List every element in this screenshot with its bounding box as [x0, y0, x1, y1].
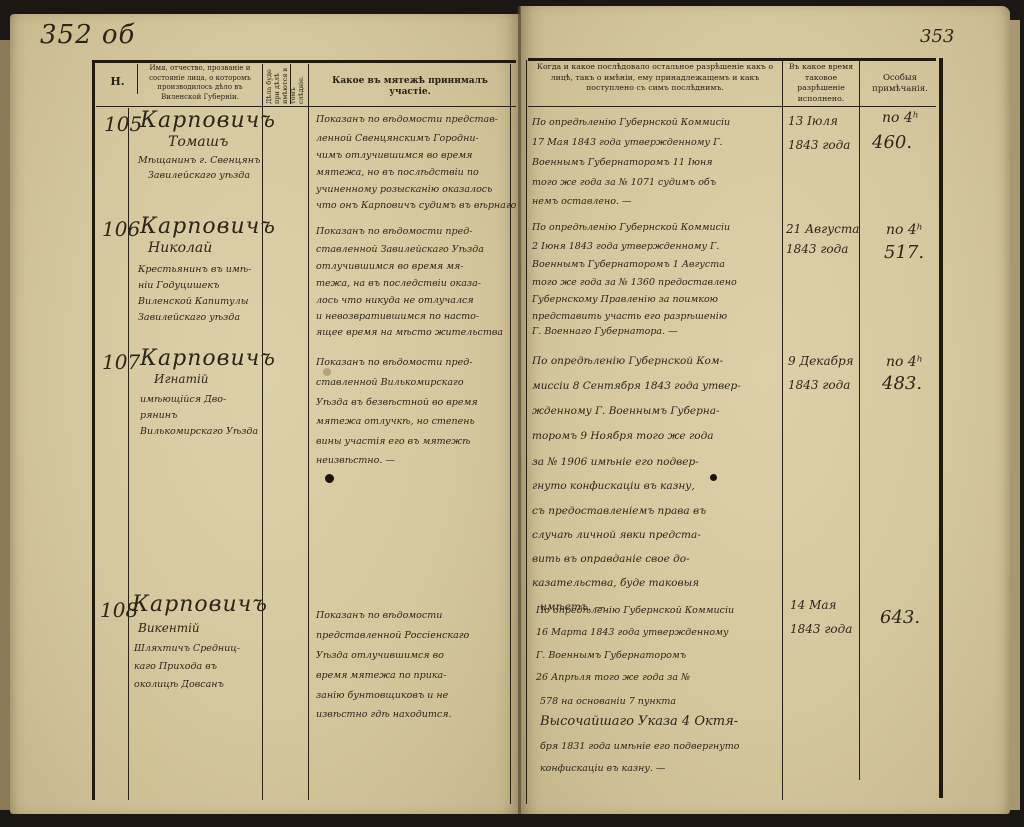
participation-line: Показанъ по вѣдомости представ- — [316, 114, 498, 125]
entry-status-line: Вилькомирскаго Уѣзда — [140, 426, 258, 437]
col-divider-time — [782, 60, 783, 800]
participation-line: и невозвратившимся по насто- — [316, 311, 479, 322]
col-divider-number — [137, 64, 138, 94]
entry-status-line: Мѣщанинъ г. Свенцянъ — [138, 155, 260, 166]
resolution-line: съ предоставленіемъ права въ — [532, 505, 706, 517]
entry-number: 106 — [102, 217, 140, 241]
header-notes: Особыя примѣчанія. — [862, 73, 938, 95]
resolution-line: По опредѣленію Губернской Коммисіи — [536, 605, 734, 616]
note-number: 460. — [872, 132, 912, 153]
resolution-line: По опредѣленію Губернской Ком- — [532, 355, 723, 367]
resolution-line: Военнымъ Губернаторомъ 11 Іюня — [532, 157, 713, 168]
resolution-line: казательства, буде таковыя — [532, 577, 699, 589]
col-divider-name — [128, 108, 129, 800]
col-divider-resolution-left — [526, 60, 527, 804]
participation-line: ставленной Вилькомирскаго — [316, 377, 464, 388]
participation-line: Уѣзда въ безвѣстной во время — [316, 397, 478, 408]
entry-status-line: Завилейскаго уѣзда — [138, 312, 240, 323]
note-reference: по 4ʰ — [886, 222, 923, 238]
entry-surname: Карповичъ — [140, 214, 276, 239]
book-gutter — [518, 6, 521, 814]
header-participation: Какое въ мятежѣ принималъ участіе. — [312, 76, 508, 98]
entry-surname: Карповичъ — [140, 346, 276, 371]
resolution-line: бря 1831 года имѣніе его подвергнуто — [540, 741, 739, 752]
execution-year: 1843 года — [790, 622, 852, 636]
resolution-line: того же года за № 1071 судимъ объ — [532, 177, 716, 188]
entry-status-line: Крестьянинъ въ имѣ- — [138, 264, 251, 275]
resolution-line: Военнымъ Губернаторомъ 1 Августа — [532, 259, 725, 270]
entry-status-line: имѣющійся Дво- — [140, 394, 226, 405]
participation-line: извѣстно гдѣ находится. — [316, 709, 452, 720]
resolution-line: По опредѣленію Губернской Коммисіи — [532, 222, 730, 233]
document-spread: 352 об 353 Н. Имя, отчество, прозваніе и… — [0, 0, 1024, 827]
entry-given-name: Николай — [148, 240, 212, 256]
execution-date: 13 Іюля — [788, 114, 838, 128]
resolution-line: 17 Мая 1843 года утвержденному Г. — [532, 137, 722, 148]
table-top-rule-right — [528, 58, 936, 61]
participation-line: Показанъ по вѣдомости пред- — [316, 226, 472, 237]
note-number: 483. — [882, 373, 922, 394]
participation-line: ставленной Завилейскаго Уѣзда — [316, 244, 484, 255]
resolution-line: вить въ оправданіе свое до- — [532, 553, 690, 565]
entry-status-line: околицѣ Довсанъ — [134, 679, 224, 690]
resolution-line: 26 Апрѣля того же года за № — [536, 672, 690, 683]
participation-line: Показанъ по вѣдомости — [316, 610, 442, 621]
entry-number: 105 — [104, 112, 142, 136]
participation-line: неизвѣстно. — — [316, 455, 395, 466]
note-reference: по 4ʰ — [886, 354, 923, 370]
entry-status-line: Виленской Капитулы — [138, 296, 248, 307]
entry-status-line: ніи Годуцишекъ — [138, 280, 219, 291]
resolution-line: немъ оставлено. — — [532, 196, 632, 207]
resolution-line: гнуто конфискаціи въ казну, — [532, 480, 695, 492]
resolution-line: Губернскому Правленію за поимкою — [532, 294, 718, 305]
resolution-line: Высочайшаго Указа 4 Октя- — [540, 714, 738, 729]
entry-surname: Карповичъ — [132, 592, 268, 617]
participation-line: ленной Свенцянскимъ Городни- — [316, 133, 479, 144]
execution-year: 1843 года — [786, 242, 848, 256]
entry-status-line: каго Прихода въ — [134, 661, 217, 672]
header-bottom-rule-left — [96, 106, 516, 107]
header-vertical-case: Дѣла буде при дѣлѣ имѣются в томъ слѣдні… — [265, 64, 305, 104]
table-left-border — [92, 60, 95, 800]
resolution-line: 2 Іюня 1843 года утвержденному Г. — [532, 241, 719, 252]
entry-status-line: рянинъ — [140, 410, 177, 421]
folio-number-right: 353 — [920, 26, 954, 47]
participation-line: занію бунтовщиковъ и не — [316, 690, 448, 701]
participation-line: чимъ отлучившимся во время — [316, 150, 472, 161]
execution-year: 1843 года — [788, 138, 850, 152]
entry-status-line: Шляхтичъ Средниц- — [134, 643, 240, 654]
resolution-line: торомъ 9 Ноября того же года — [532, 430, 714, 442]
entry-surname: Карповичъ — [140, 108, 276, 133]
resolution-line: Г. Военнымъ Губернаторомъ — [536, 650, 686, 661]
note-number: 643. — [880, 607, 920, 628]
ink-blot — [710, 474, 717, 481]
header-bottom-rule-right — [528, 106, 936, 107]
participation-line: отлучившимся во время мя- — [316, 261, 464, 272]
paper-stain — [323, 368, 331, 376]
execution-date: 21 Августа — [786, 222, 859, 236]
participation-line: тежа, на въ последствіи оказа- — [316, 278, 481, 289]
resolution-line: 16 Марта 1843 года утвержденному — [536, 627, 729, 638]
participation-line: представленной Россіенскаго — [316, 630, 469, 641]
participation-line: ящее время на мѣсто жительства — [316, 327, 503, 338]
resolution-line: случаѣ личной явки предста- — [532, 529, 701, 541]
col-divider-vertical-a — [262, 64, 263, 800]
header-number: Н. — [100, 76, 135, 87]
col-divider-vertical-b — [308, 64, 309, 800]
resolution-line: жденному Г. Военнымъ Губерна- — [532, 405, 720, 417]
execution-year: 1843 года — [788, 378, 850, 392]
entry-given-name: Викентій — [138, 621, 200, 635]
entry-given-name: Томашъ — [168, 134, 228, 150]
participation-line: время мятежа по прика- — [316, 670, 446, 681]
resolution-line: за № 1906 имѣніе его подвер- — [532, 456, 699, 468]
entry-number: 107 — [102, 350, 140, 374]
table-top-rule-left — [93, 60, 516, 63]
col-divider-participation-right — [510, 64, 511, 804]
participation-line: Показанъ по вѣдомости пред- — [316, 357, 472, 368]
header-resolution: Когда и какое послѣдовало остальное разр… — [530, 62, 780, 94]
participation-line: мятежа, но въ послѣдствіи по — [316, 167, 479, 178]
folio-number-left: 352 об — [40, 20, 135, 50]
execution-date: 9 Декабря — [788, 354, 854, 368]
entry-status-line: Завилейскаго уѣзда — [148, 170, 250, 181]
execution-date: 14 Мая — [790, 598, 836, 612]
resolution-line: По опредѣленію Губернской Коммисіи — [532, 117, 730, 128]
table-right-border — [939, 58, 943, 798]
resolution-line: 578 на основаніи 7 пункта — [540, 696, 676, 707]
ink-blot — [325, 474, 334, 483]
participation-line: учиненному розысканію оказалось — [316, 184, 492, 195]
resolution-line: миссіи 8 Сентября 1843 года утвер- — [532, 380, 741, 392]
note-reference: по 4ʰ — [882, 110, 919, 126]
header-execution-time: Въ какое время таковое разрѣшеніе исполн… — [785, 62, 857, 104]
participation-line: Уѣзда отлучившимся во — [316, 650, 444, 661]
resolution-line: конфискаціи въ казну. — — [540, 763, 665, 774]
col-divider-notes — [859, 60, 860, 780]
participation-line: вины участія его въ мятежѣ — [316, 436, 470, 447]
resolution-line: того же года за № 1360 предоставлено — [532, 277, 737, 288]
participation-line: лось что никуда не отлучался — [316, 295, 474, 306]
participation-line: мятежа отлучкѣ, но степень — [316, 416, 475, 427]
header-name: Имя, отчество, прозваніе и состояніе лиц… — [139, 64, 261, 102]
participation-line: что онъ Карповичъ судимъ въ вѣрнаго — [316, 200, 516, 211]
resolution-line: представить участь его разрѣшенію — [532, 311, 727, 322]
resolution-line: Г. Военнаго Губернатора. — — [532, 326, 678, 337]
entry-given-name: Игнатій — [154, 372, 209, 386]
note-number: 517. — [884, 242, 924, 263]
